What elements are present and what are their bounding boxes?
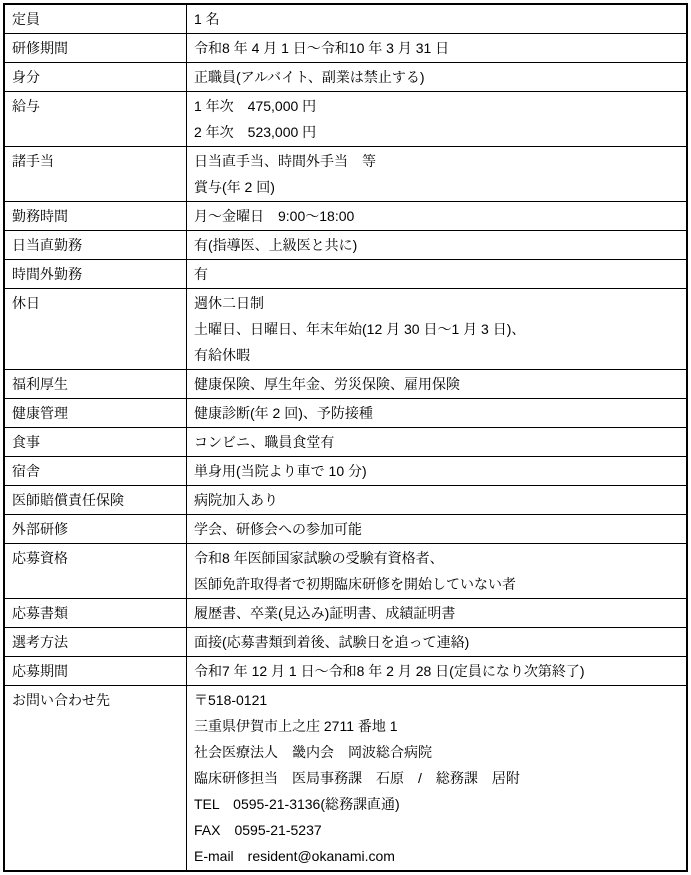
row-value: 〒518-0121三重県伊賀市上之庄 2711 番地 1社会医療法人 畿内会 岡… (187, 686, 688, 872)
table-row: 時間外勤務有 (4, 260, 687, 289)
row-value: 週休二日制土曜日、日曜日、年末年始(12 月 30 日～1 月 3 日)、有給休… (187, 289, 688, 370)
table-row: 勤務時間月～金曜日 9:00～18:00 (4, 202, 687, 231)
table-row: 外部研修学会、研修会への参加可能 (4, 515, 687, 544)
row-label: 身分 (4, 63, 187, 92)
value-line: 令和7 年 12 月 1 日～令和8 年 2 月 28 日(定員になり次第終了) (194, 658, 680, 684)
row-label: 福利厚生 (4, 370, 187, 399)
row-label: 時間外勤務 (4, 260, 187, 289)
table-row: 応募期間令和7 年 12 月 1 日～令和8 年 2 月 28 日(定員になり次… (4, 657, 687, 686)
value-line: 健康診断(年 2 回)、予防接種 (194, 400, 680, 426)
value-line: 履歴書、卒業(見込み)証明書、成績証明書 (194, 600, 680, 626)
row-value: 有(指導医、上級医と共に) (187, 231, 688, 260)
table-row: 諸手当日当直手当、時間外手当 等賞与(年 2 回) (4, 147, 687, 202)
value-line: 日当直手当、時間外手当 等 (194, 148, 680, 174)
value-line: 面接(応募書類到着後、試験日を追って連絡) (194, 629, 680, 655)
row-label: 応募期間 (4, 657, 187, 686)
row-label: 健康管理 (4, 399, 187, 428)
value-line: 週休二日制 (194, 290, 680, 316)
row-label: 研修期間 (4, 34, 187, 63)
recruitment-document: 定員1 名研修期間令和8 年 4 月 1 日～令和10 年 3 月 31 日身分… (0, 0, 691, 875)
value-line: 有 (194, 261, 680, 287)
row-value: 正職員(アルバイト、副業は禁止する) (187, 63, 688, 92)
row-value: 単身用(当院より車で 10 分) (187, 457, 688, 486)
value-line: 1 年次 475,000 円 (194, 93, 680, 119)
value-line: 令和8 年 4 月 1 日～令和10 年 3 月 31 日 (194, 35, 680, 61)
row-value: 面接(応募書類到着後、試験日を追って連絡) (187, 628, 688, 657)
spec-table-body: 定員1 名研修期間令和8 年 4 月 1 日～令和10 年 3 月 31 日身分… (4, 4, 687, 871)
value-line: 健康保険、厚生年金、労災保険、雇用保険 (194, 371, 680, 397)
value-line: 正職員(アルバイト、副業は禁止する) (194, 64, 680, 90)
row-value: 令和7 年 12 月 1 日～令和8 年 2 月 28 日(定員になり次第終了) (187, 657, 688, 686)
row-label: 休日 (4, 289, 187, 370)
value-line: 土曜日、日曜日、年末年始(12 月 30 日～1 月 3 日)、 (194, 316, 680, 342)
value-line: 2 年次 523,000 円 (194, 119, 680, 145)
row-label: 定員 (4, 4, 187, 34)
row-value: 健康保険、厚生年金、労災保険、雇用保険 (187, 370, 688, 399)
row-value: 1 年次 475,000 円2 年次 523,000 円 (187, 92, 688, 147)
table-row: 休日週休二日制土曜日、日曜日、年末年始(12 月 30 日～1 月 3 日)、有… (4, 289, 687, 370)
table-row: 健康管理健康診断(年 2 回)、予防接種 (4, 399, 687, 428)
row-label: 応募資格 (4, 544, 187, 599)
row-label: 日当直勤務 (4, 231, 187, 260)
value-line: 社会医療法人 畿内会 岡波総合病院 (194, 739, 680, 765)
row-label: 給与 (4, 92, 187, 147)
table-row: 定員1 名 (4, 4, 687, 34)
table-row: 選考方法面接(応募書類到着後、試験日を追って連絡) (4, 628, 687, 657)
value-line: 学会、研修会への参加可能 (194, 516, 680, 542)
table-row: 福利厚生健康保険、厚生年金、労災保険、雇用保険 (4, 370, 687, 399)
table-row: 応募書類履歴書、卒業(見込み)証明書、成績証明書 (4, 599, 687, 628)
value-line: 医師免許取得者で初期臨床研修を開始していない者 (194, 571, 680, 597)
table-row: お問い合わせ先〒518-0121三重県伊賀市上之庄 2711 番地 1社会医療法… (4, 686, 687, 872)
row-value: 1 名 (187, 4, 688, 34)
row-label: 選考方法 (4, 628, 187, 657)
row-value: 有 (187, 260, 688, 289)
row-value: 履歴書、卒業(見込み)証明書、成績証明書 (187, 599, 688, 628)
value-line: TEL 0595-21-3136(総務課直通) (194, 791, 680, 817)
row-label: 勤務時間 (4, 202, 187, 231)
table-row: 研修期間令和8 年 4 月 1 日～令和10 年 3 月 31 日 (4, 34, 687, 63)
value-line: 有給休暇 (194, 342, 680, 368)
row-label: お問い合わせ先 (4, 686, 187, 872)
value-line: コンビニ、職員食堂有 (194, 429, 680, 455)
value-line: 〒518-0121 (194, 687, 680, 713)
value-line: 1 名 (194, 6, 680, 32)
table-row: 食事コンビニ、職員食堂有 (4, 428, 687, 457)
row-value: コンビニ、職員食堂有 (187, 428, 688, 457)
row-value: 月～金曜日 9:00～18:00 (187, 202, 688, 231)
table-row: 宿舎単身用(当院より車で 10 分) (4, 457, 687, 486)
row-value: 学会、研修会への参加可能 (187, 515, 688, 544)
row-label: 医師賠償責任保険 (4, 486, 187, 515)
recruitment-spec-table: 定員1 名研修期間令和8 年 4 月 1 日～令和10 年 3 月 31 日身分… (3, 3, 688, 872)
value-line: 有(指導医、上級医と共に) (194, 232, 680, 258)
row-value: 健康診断(年 2 回)、予防接種 (187, 399, 688, 428)
row-label: 諸手当 (4, 147, 187, 202)
row-label: 食事 (4, 428, 187, 457)
value-line: E-mail resident@okanami.com (194, 843, 680, 869)
value-line: 月～金曜日 9:00～18:00 (194, 203, 680, 229)
row-label: 応募書類 (4, 599, 187, 628)
value-line: 三重県伊賀市上之庄 2711 番地 1 (194, 713, 680, 739)
table-row: 応募資格令和8 年医師国家試験の受験有資格者、医師免許取得者で初期臨床研修を開始… (4, 544, 687, 599)
value-line: 臨床研修担当 医局事務課 石原 / 総務課 居附 (194, 765, 680, 791)
table-row: 給与1 年次 475,000 円2 年次 523,000 円 (4, 92, 687, 147)
value-line: 単身用(当院より車で 10 分) (194, 458, 680, 484)
table-row: 医師賠償責任保険病院加入あり (4, 486, 687, 515)
row-label: 宿舎 (4, 457, 187, 486)
value-line: FAX 0595-21-5237 (194, 817, 680, 843)
row-value: 令和8 年医師国家試験の受験有資格者、医師免許取得者で初期臨床研修を開始していな… (187, 544, 688, 599)
row-value: 日当直手当、時間外手当 等賞与(年 2 回) (187, 147, 688, 202)
row-value: 令和8 年 4 月 1 日～令和10 年 3 月 31 日 (187, 34, 688, 63)
value-line: 病院加入あり (194, 487, 680, 513)
table-row: 身分正職員(アルバイト、副業は禁止する) (4, 63, 687, 92)
table-row: 日当直勤務有(指導医、上級医と共に) (4, 231, 687, 260)
row-label: 外部研修 (4, 515, 187, 544)
row-value: 病院加入あり (187, 486, 688, 515)
value-line: 賞与(年 2 回) (194, 174, 680, 200)
value-line: 令和8 年医師国家試験の受験有資格者、 (194, 545, 680, 571)
